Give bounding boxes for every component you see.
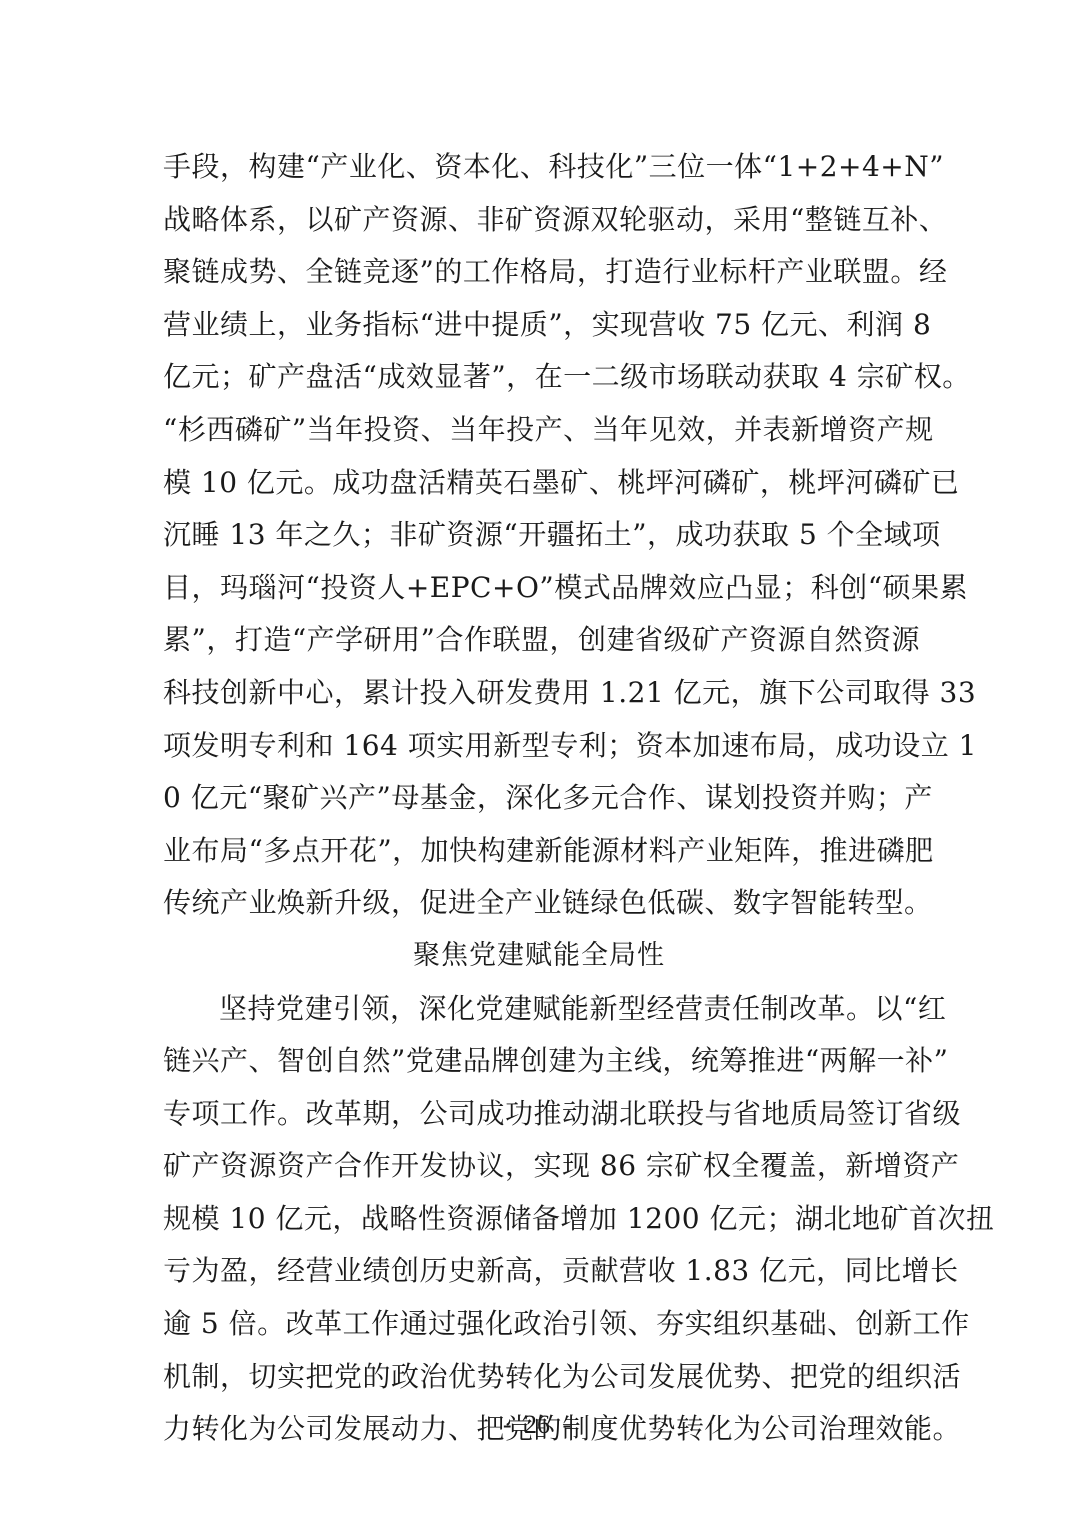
- document-page-body: 手段，构建“产业化、资本化、科技化”三位一体“1+2+4+N” 战略体系，以矿产…: [163, 141, 915, 1456]
- paragraph-2: 坚持党建引领，深化党建赋能新型经营责任制改革。以“红 链兴产、智创自然”党建品牌…: [163, 983, 915, 1456]
- page-number: - 26 -: [0, 1410, 1074, 1440]
- text-line: 模 10 亿元。成功盘活精英石墨矿、桃坪河磷矿，桃坪河磷矿已: [163, 457, 915, 510]
- text-line: 规模 10 亿元，战略性资源储备增加 1200 亿元；湖北地矿首次扭: [163, 1193, 915, 1246]
- text-line: “杉西磷矿”当年投资、当年投产、当年见效，并表新增资产规: [163, 404, 915, 457]
- text-line: 沉睡 13 年之久；非矿资源“开疆拓土”，成功获取 5 个全域项: [163, 509, 915, 562]
- text-line: 坚持党建引领，深化党建赋能新型经营责任制改革。以“红: [163, 983, 915, 1036]
- text-line: 0 亿元“聚矿兴产”母基金，深化多元合作、谋划投资并购；产: [163, 772, 915, 825]
- text-line: 传统产业焕新升级，促进全产业链绿色低碳、数字智能转型。: [163, 877, 915, 930]
- text-line: 手段，构建“产业化、资本化、科技化”三位一体“1+2+4+N”: [163, 141, 915, 194]
- text-line: 专项工作。改革期，公司成功推动湖北联投与省地质局签订省级: [163, 1088, 915, 1141]
- text-line: 业布局“多点开花”，加快构建新能源材料产业矩阵，推进磷肥: [163, 825, 915, 878]
- text-line: 营业绩上，业务指标“进中提质”，实现营收 75 亿元、利润 8: [163, 299, 915, 352]
- text-line: 科技创新中心，累计投入研发费用 1.21 亿元，旗下公司取得 33: [163, 667, 915, 720]
- text-line: 链兴产、智创自然”党建品牌创建为主线，统筹推进“两解一补”: [163, 1035, 915, 1088]
- text-line: 亿元；矿产盘活“成效显著”，在一二级市场联动获取 4 宗矿权。: [163, 351, 915, 404]
- text-line: 亏为盈，经营业绩创历史新高，贡献营收 1.83 亿元，同比增长: [163, 1245, 915, 1298]
- text-line: 战略体系，以矿产资源、非矿资源双轮驱动，采用“整链互补、: [163, 194, 915, 247]
- text-line: 目，玛瑙河“投资人+EPC+O”模式品牌效应凸显；科创“硕果累: [163, 562, 915, 615]
- section-heading: 聚焦党建赋能全局性: [163, 930, 915, 983]
- paragraph-1: 手段，构建“产业化、资本化、科技化”三位一体“1+2+4+N” 战略体系，以矿产…: [163, 141, 915, 930]
- text-line: 矿产资源资产合作开发协议，实现 86 宗矿权全覆盖，新增资产: [163, 1140, 915, 1193]
- text-line: 机制，切实把党的政治优势转化为公司发展优势、把党的组织活: [163, 1351, 915, 1404]
- text-line: 累”，打造“产学研用”合作联盟，创建省级矿产资源自然资源: [163, 614, 915, 667]
- text-line: 聚链成势、全链竞逐”的工作格局，打造行业标杆产业联盟。经: [163, 246, 915, 299]
- text-line: 项发明专利和 164 项实用新型专利；资本加速布局，成功设立 1: [163, 720, 915, 773]
- text-line: 逾 5 倍。改革工作通过强化政治引领、夯实组织基础、创新工作: [163, 1298, 915, 1351]
